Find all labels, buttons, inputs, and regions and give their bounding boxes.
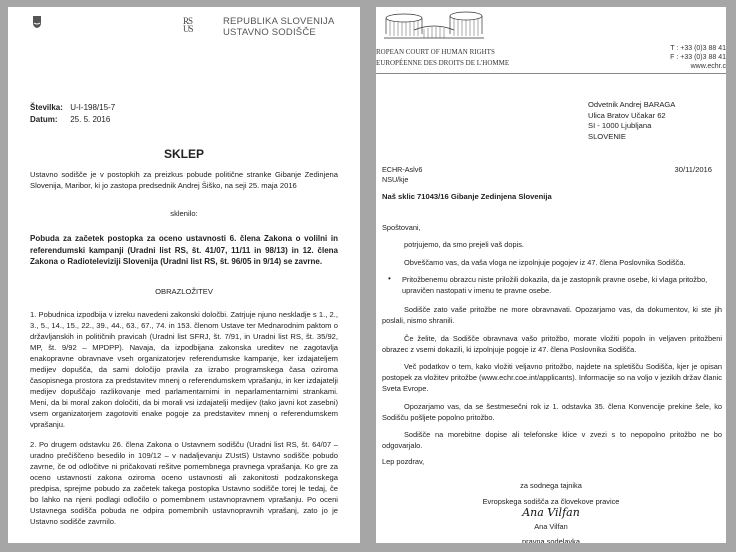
document-title: SKLEP [8,147,360,161]
header-divider [376,73,726,74]
letter-subject: Naš sklic 71043/16 Gibanje Zedinjena Slo… [382,192,552,201]
court-logo: RS US [183,17,193,33]
reasoning-title: OBRAZLOŽITEV [8,287,360,296]
reasoning-paragraph-2: 2. Po drugem odstavku 26. člena Zakona o… [30,439,338,527]
bullet-item: Pritožbenemu obrazcu niste priložili dok… [402,274,722,296]
constitutional-court-decision-page: RS US REPUBLIKA SLOVENIJA USTAVNO SODIŠČ… [8,7,360,543]
paragraph-6: Opozarjamo vas, da se šestmesečni rok iz… [382,401,722,423]
signature-line-2: Evropskega sodišča za človekove pravice [376,497,726,506]
court-contact: T : +33 (0)3 88 41 F : +33 (0)3 88 41 ww… [670,44,726,71]
recipient-address: Odvetnik Andrej BARAGA Ulica Bratov Učak… [588,100,675,142]
paragraph-2: Obveščamo vas, da vaša vloga ne izpolnju… [382,257,722,268]
court-name: ROPEAN COURT OF HUMAN RIGHTS EUROPÉENNE … [376,47,509,69]
paragraph-7: Sodišče na morebitne dopise ali telefons… [382,429,722,451]
coat-of-arms-icon [32,15,42,29]
paragraph-4: Če želite, da Sodišče obravnava vašo pri… [382,333,722,355]
closing: Lep pozdrav, [382,456,722,467]
institution-name: REPUBLIKA SLOVENIJA USTAVNO SODIŠČE [223,16,335,38]
signer-name: Ana Vilfan [376,522,726,531]
signer-title: pravna sodelavka [376,537,726,543]
decision-text: Pobuda za začetek postopka za oceno usta… [30,233,338,268]
handwritten-signature: Ana Vilfan [376,506,726,519]
salutation: Spoštovani, [382,222,722,233]
reference-code: ECHR-Aslv6 NSU/kje [382,165,422,185]
paragraph-1: potrjujemo, da smo prejeli vaš dopis. [382,239,722,250]
echr-building-logo [384,10,484,42]
reasoning-paragraph-1: 1. Pobudnica izpodbija v izreku navedeni… [30,309,338,430]
received-stamp: 1 2 -12- 2016 [566,7,602,9]
paragraph-5: Več podatkov o tem, kako vložiti veljavn… [382,361,722,394]
intro-text: Ustavno sodišče je v postopkih za preizk… [30,169,338,191]
letter-date: 30/11/2016 [675,165,712,174]
sklenilo-text: sklenilo: [8,209,360,218]
bullet-icon: • [388,274,391,283]
echr-letter-page: 1 2 -12- 2016 ROPEAN COURT OF HUMAN RIGH… [376,7,726,543]
signature-line-1: za sodnega tajnika [376,481,726,490]
case-meta: Številka: U-I-198/15-7 Datum: 25. 5. 201… [30,102,115,126]
paragraph-3: Sodišče zato vaše pritožbe ne more obrav… [382,304,722,326]
